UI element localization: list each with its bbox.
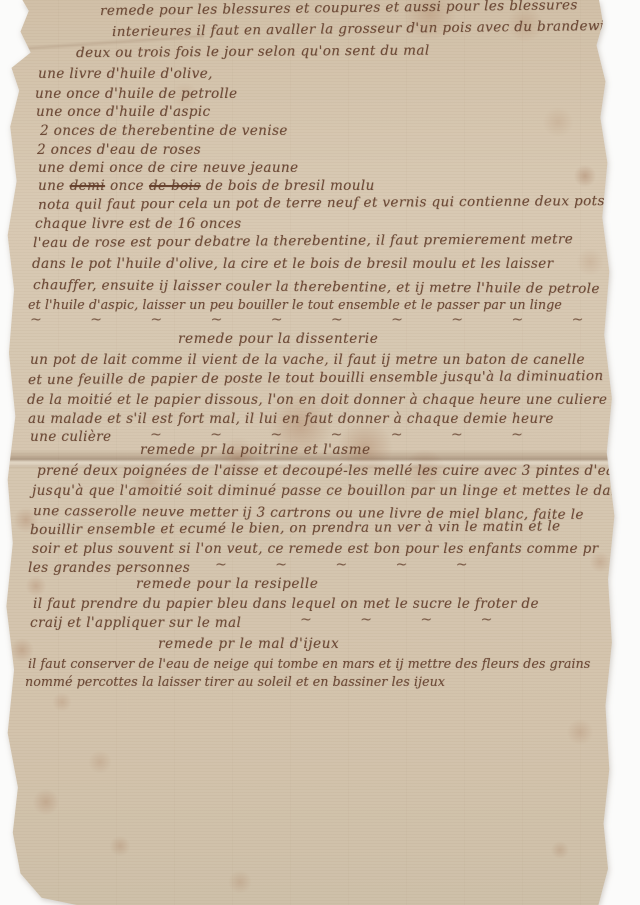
section-line: une culière <box>30 429 111 445</box>
section-line: il faut conserver de l'eau de neige qui … <box>28 656 590 671</box>
ingredient-word: de bois de bresil moulu <box>206 178 375 194</box>
section-line: craij et l'appliquer sur le mal <box>30 615 241 631</box>
nota-line: nota quil faut pour cela un pot de terre… <box>38 193 605 213</box>
section-line: un pot de lait comme il vient de la vach… <box>30 352 585 368</box>
section-line: prené deux poignées de l'aisse et decoup… <box>37 463 624 479</box>
aged-paper: remede pour les blessures et coupures et… <box>0 0 640 905</box>
ingredient-line: une once d'huile d'aspic <box>36 104 210 120</box>
method-line: et l'huile d'aspic, laisser un peu bouil… <box>28 297 562 312</box>
ingredient-line: 2 onces d'eau de roses <box>37 142 201 158</box>
section-line: et une feuille de papier de poste le tou… <box>28 368 604 388</box>
scanned-manuscript: remede pour les blessures et coupures et… <box>0 0 640 905</box>
section-heading-resipelle: remede pour la resipelle <box>136 576 318 592</box>
flourish-line: ~ ~ ~ ~ ~ ~ ~ <box>150 427 523 443</box>
ingredient-line: 2 onces de therebentine de venise <box>40 123 288 139</box>
strikethrough-word: de bois <box>149 178 201 194</box>
method-line: l'eau de rose est pour debatre la thereb… <box>33 231 573 251</box>
section-line: jusqu'à que l'amoitié soit diminué passe… <box>32 483 627 499</box>
ingredient-line: une demi once de cire neuve jeaune <box>38 160 298 176</box>
ingredient-line-corrected: unedemioncede boisde bois de bresil moul… <box>38 178 380 194</box>
intro-line: remede pour les blessures et coupures et… <box>100 0 578 19</box>
ingredient-word: une <box>38 178 65 194</box>
section-line: les grandes personnes <box>28 560 190 576</box>
intro-line: interieures il faut en avaller la grosse… <box>112 18 614 40</box>
section-line: au malade et s'il est fort mal, il lui e… <box>28 411 554 427</box>
section-line: nommé percottes la laisser tirer au sole… <box>25 674 445 689</box>
strikethrough-word: demi <box>70 178 105 194</box>
flourish-line: ~ ~ ~ ~ <box>300 612 492 628</box>
ingredient-line: une once d'huile de petrolle <box>35 86 237 102</box>
section-line: de la moitié et le papier dissous, l'on … <box>27 392 607 408</box>
nota-line: chaque livre est de 16 onces <box>35 216 241 232</box>
ingredient-word: once <box>110 178 144 194</box>
ingredient-line: une livre d'huile d'olive, <box>38 66 213 82</box>
method-line: chauffer, ensuite ij laisser couler la t… <box>33 277 600 297</box>
section-line: il faut prendre du papier bleu dans lequ… <box>33 596 539 612</box>
section-line: soir et plus souvent si l'on veut, ce re… <box>32 541 599 557</box>
flourish-line: ~ ~ ~ ~ ~ ~ ~ ~ ~ ~ <box>30 312 583 328</box>
intro-line: deux ou trois fois le jour selon qu'on s… <box>76 43 430 61</box>
section-heading-mal-dyeux: remede pr le mal d'ijeux <box>158 636 339 652</box>
section-line: bouillir ensemble et ecumé le bien, on p… <box>30 518 561 538</box>
handwriting-layer: remede pour les blessures et coupures et… <box>0 0 640 905</box>
section-heading-poitrine: remede pr la poitrine et l'asme <box>140 442 371 458</box>
paper-shadow: remede pour les blessures et coupures et… <box>0 0 640 905</box>
method-line: dans le pot l'huile d'olive, la cire et … <box>32 256 553 272</box>
flourish-line: ~ ~ ~ ~ ~ <box>215 557 467 573</box>
section-heading-dissenterie: remede pour la dissenterie <box>178 331 378 347</box>
